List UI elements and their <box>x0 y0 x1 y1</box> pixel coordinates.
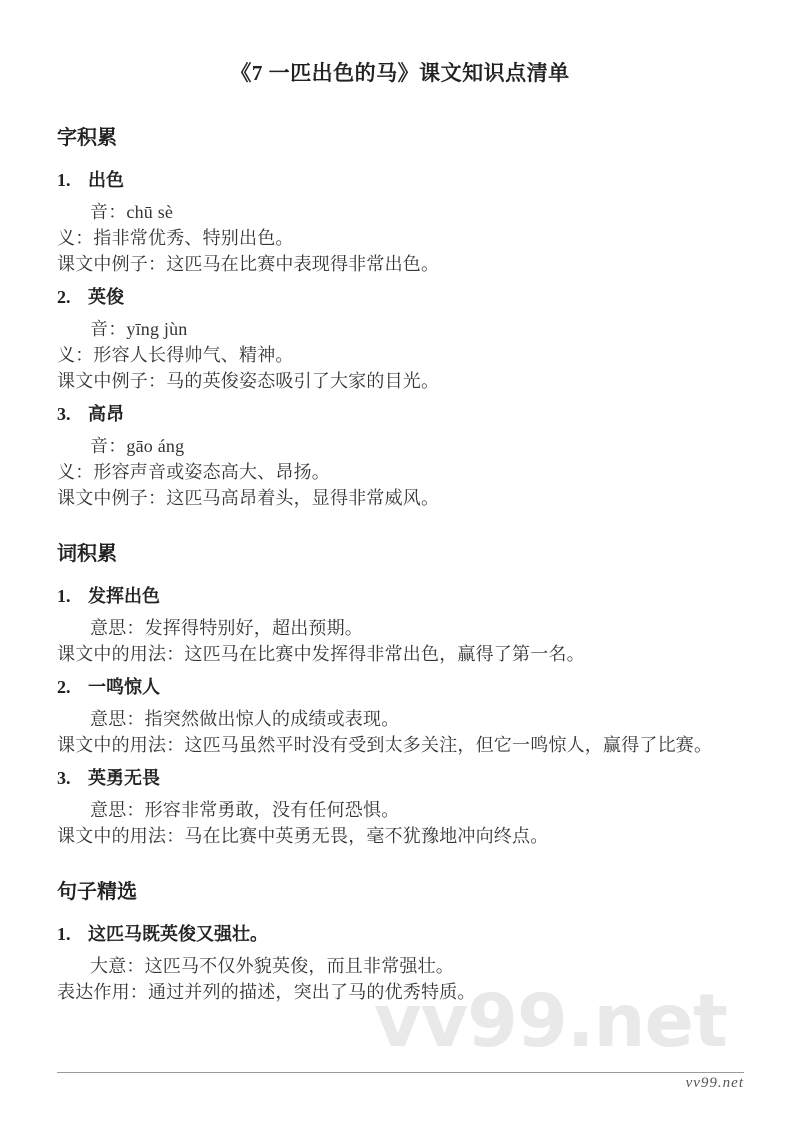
item-heading: 2.英俊 <box>57 284 743 310</box>
item-details: 意思：形容非常勇敢，没有任何恐惧。 课文中的用法：马在比赛中英勇无畏，毫不犹豫地… <box>57 797 743 849</box>
section-words: 词积累 1.发挥出色 意思：发挥得特别好，超出预期。 课文中的用法：这匹马在比赛… <box>57 540 743 849</box>
item-heading: 3.高昂 <box>57 401 743 427</box>
item-term: 发挥出色 <box>88 586 160 606</box>
item-number: 1. <box>57 583 88 609</box>
section-heading: 词积累 <box>57 540 743 568</box>
section-characters: 字积累 1.出色 音：chū sè 义：指非常优秀、特别出色。 课文中例子：这匹… <box>57 124 743 511</box>
paragraph-line: 课文中的用法：这匹马虽然平时没有受到太多关注，但它一鸣惊人，赢得了比赛。 <box>57 732 743 758</box>
list-item: 1.这匹马既英俊又强壮。 大意：这匹马不仅外貌英俊，而且非常强壮。 表达作用：通… <box>57 921 743 1005</box>
item-heading: 3.英勇无畏 <box>57 765 743 791</box>
footer-divider <box>57 1072 744 1073</box>
document-page: vv99.net 《7 一匹出色的马》课文知识点清单 字积累 1.出色 音：ch… <box>0 0 800 1130</box>
paragraph-line: 义：指非常优秀、特别出色。 <box>57 225 743 251</box>
page-footer: vv99.net <box>57 1072 744 1092</box>
item-heading: 1.出色 <box>57 167 743 193</box>
item-heading: 1.这匹马既英俊又强壮。 <box>57 921 743 947</box>
list-item: 3.高昂 音：gāo áng 义：形容声音或姿态高大、昂扬。 课文中例子：这匹马… <box>57 401 743 511</box>
item-number: 1. <box>57 167 88 193</box>
item-number: 3. <box>57 765 88 791</box>
item-term: 英勇无畏 <box>88 768 160 788</box>
document-content: 《7 一匹出色的马》课文知识点清单 字积累 1.出色 音：chū sè 义：指非… <box>0 58 800 1005</box>
list-item: 1.出色 音：chū sè 义：指非常优秀、特别出色。 课文中例子：这匹马在比赛… <box>57 167 743 277</box>
item-details: 意思：发挥得特别好，超出预期。 课文中的用法：这匹马在比赛中发挥得非常出色，赢得… <box>57 615 743 667</box>
section-heading: 字积累 <box>57 124 743 152</box>
item-term: 出色 <box>88 170 124 190</box>
item-number: 1. <box>57 921 88 947</box>
item-details: 音：gāo áng 义：形容声音或姿态高大、昂扬。 课文中例子：这匹马高昂着头，… <box>57 433 743 511</box>
paragraph-line: 意思：发挥得特别好，超出预期。 <box>57 615 743 641</box>
paragraph-line: 大意：这匹马不仅外貌英俊，而且非常强壮。 <box>57 953 743 979</box>
item-number: 2. <box>57 284 88 310</box>
item-term: 高昂 <box>88 404 124 424</box>
item-details: 意思：指突然做出惊人的成绩或表现。 课文中的用法：这匹马虽然平时没有受到太多关注… <box>57 706 743 758</box>
item-term: 一鸣惊人 <box>88 677 160 697</box>
footer-site-text: vv99.net <box>57 1075 744 1092</box>
paragraph-line: 课文中的用法：马在比赛中英勇无畏，毫不犹豫地冲向终点。 <box>57 823 743 849</box>
item-details: 音：yīng jùn 义：形容人长得帅气、精神。 课文中例子：马的英俊姿态吸引了… <box>57 316 743 394</box>
item-term: 这匹马既英俊又强壮。 <box>88 924 268 944</box>
item-number: 2. <box>57 674 88 700</box>
paragraph-line: 音：chū sè <box>57 199 743 225</box>
item-term: 英俊 <box>88 287 124 307</box>
paragraph-line: 音：yīng jùn <box>57 316 743 342</box>
list-item: 1.发挥出色 意思：发挥得特别好，超出预期。 课文中的用法：这匹马在比赛中发挥得… <box>57 583 743 667</box>
paragraph-line: 意思：形容非常勇敢，没有任何恐惧。 <box>57 797 743 823</box>
item-heading: 1.发挥出色 <box>57 583 743 609</box>
paragraph-line: 课文中例子：这匹马高昂着头，显得非常威风。 <box>57 485 743 511</box>
section-sentences: 句子精选 1.这匹马既英俊又强壮。 大意：这匹马不仅外貌英俊，而且非常强壮。 表… <box>57 878 743 1005</box>
page-title: 《7 一匹出色的马》课文知识点清单 <box>57 58 743 88</box>
paragraph-line: 课文中例子：马的英俊姿态吸引了大家的目光。 <box>57 368 743 394</box>
paragraph-line: 义：形容声音或姿态高大、昂扬。 <box>57 459 743 485</box>
item-heading: 2.一鸣惊人 <box>57 674 743 700</box>
section-heading: 句子精选 <box>57 878 743 906</box>
paragraph-line: 课文中例子：这匹马在比赛中表现得非常出色。 <box>57 251 743 277</box>
paragraph-line: 义：形容人长得帅气、精神。 <box>57 342 743 368</box>
list-item: 2.一鸣惊人 意思：指突然做出惊人的成绩或表现。 课文中的用法：这匹马虽然平时没… <box>57 674 743 758</box>
paragraph-line: 课文中的用法：这匹马在比赛中发挥得非常出色，赢得了第一名。 <box>57 641 743 667</box>
item-details: 音：chū sè 义：指非常优秀、特别出色。 课文中例子：这匹马在比赛中表现得非… <box>57 199 743 277</box>
paragraph-line: 音：gāo áng <box>57 433 743 459</box>
list-item: 3.英勇无畏 意思：形容非常勇敢，没有任何恐惧。 课文中的用法：马在比赛中英勇无… <box>57 765 743 849</box>
item-details: 大意：这匹马不仅外貌英俊，而且非常强壮。 表达作用：通过并列的描述，突出了马的优… <box>57 953 743 1005</box>
item-number: 3. <box>57 401 88 427</box>
paragraph-line: 意思：指突然做出惊人的成绩或表现。 <box>57 706 743 732</box>
list-item: 2.英俊 音：yīng jùn 义：形容人长得帅气、精神。 课文中例子：马的英俊… <box>57 284 743 394</box>
paragraph-line: 表达作用：通过并列的描述，突出了马的优秀特质。 <box>57 979 743 1005</box>
